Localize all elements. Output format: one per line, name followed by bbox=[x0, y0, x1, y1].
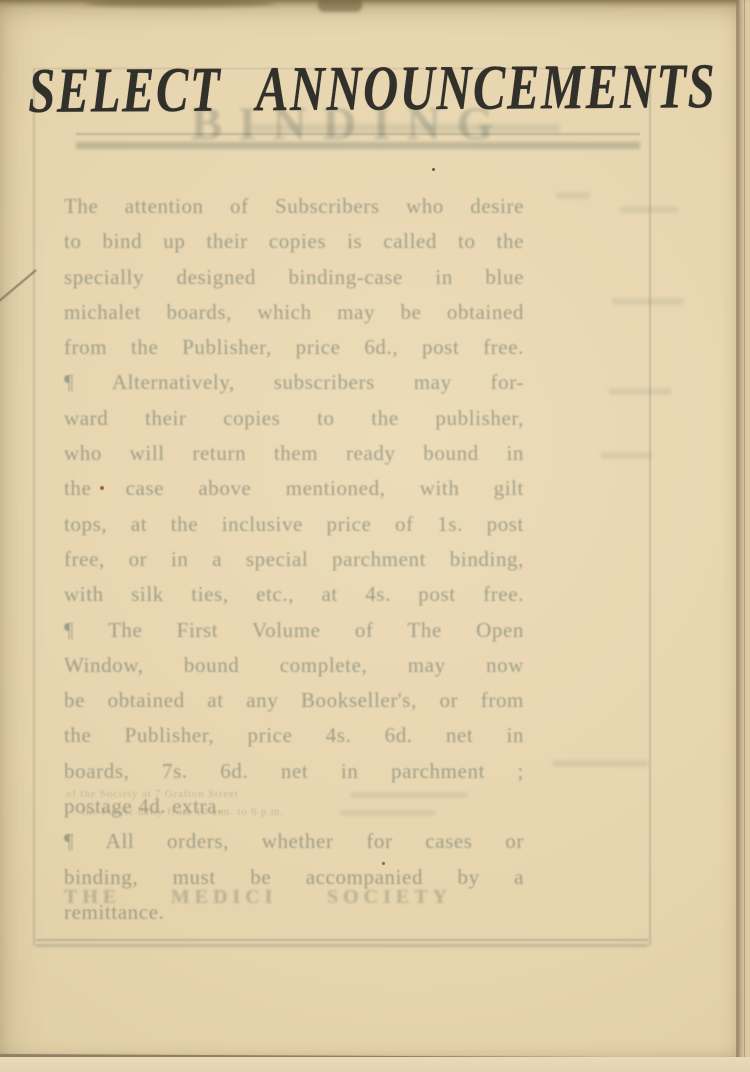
crease-mark bbox=[0, 269, 37, 303]
showthrough-line: ward their copies to the publisher, bbox=[64, 401, 524, 436]
top-edge-stain bbox=[318, 0, 362, 12]
margin-smudge bbox=[612, 298, 684, 305]
ink-speck bbox=[432, 168, 435, 171]
showthrough-ad-text: The attention of Subscribers who desire … bbox=[64, 189, 524, 930]
page-heading: SELECT ANNOUNCEMENTS bbox=[28, 52, 652, 127]
showthrough-line: from the Publisher, price 6d., post free… bbox=[64, 330, 524, 365]
publisher-imprint: THE MEDICI SOCIETY bbox=[64, 886, 452, 909]
showthrough-subtitle-smudge bbox=[250, 124, 560, 132]
showthrough-frame-bottom-rule bbox=[36, 939, 648, 941]
margin-smudge bbox=[608, 388, 672, 395]
showthrough-line: the Publisher, price 4s. 6d. net in bbox=[64, 718, 524, 753]
showthrough-line: the case above mentioned, with gilt bbox=[64, 471, 524, 506]
page-heading-title: SELECT ANNOUNCEMENTS bbox=[28, 52, 652, 127]
margin-smudge bbox=[600, 452, 652, 459]
margin-smudge bbox=[552, 760, 648, 767]
showthrough-line: The attention of Subscribers who desire bbox=[64, 189, 524, 224]
showthrough-line: ¶ All orders, whether for cases or bbox=[64, 824, 524, 859]
top-edge-stain bbox=[85, 0, 275, 7]
showthrough-line: ¶ The First Volume of The Open bbox=[64, 613, 524, 648]
showthrough-line: michalet boards, which may be obtained bbox=[64, 295, 524, 330]
showthrough-line: to bind up their copies is called to the bbox=[64, 224, 524, 259]
margin-smudge bbox=[556, 192, 590, 199]
showthrough-line: Window, bound complete, may now bbox=[64, 648, 524, 683]
showthrough-line: boards, 7s. 6d. net in parchment ; bbox=[64, 754, 524, 789]
underlying-page-edge-line bbox=[744, 0, 745, 1072]
showthrough-headline-rule bbox=[76, 133, 640, 135]
showthrough-line: be obtained at any Bookseller's, or from bbox=[64, 683, 524, 718]
margin-smudge bbox=[350, 792, 468, 798]
underlying-page-bottom bbox=[0, 1057, 750, 1072]
ink-speck bbox=[382, 862, 385, 865]
margin-smudge bbox=[340, 810, 436, 816]
showthrough-frame-bottom-rule-2 bbox=[36, 944, 648, 947]
document-page: BINDING The attention of Subscribers who… bbox=[0, 0, 750, 1072]
showthrough-line: tops, at the inclusive price of 1s. post bbox=[64, 507, 524, 542]
ink-speck bbox=[100, 486, 104, 490]
showthrough-line: who will return them ready bound in bbox=[64, 436, 524, 471]
showthrough-line: free, or in a special parchment binding, bbox=[64, 542, 524, 577]
showthrough-line: ¶ Alternatively, subscribers may for- bbox=[64, 365, 524, 400]
showthrough-headline-rule-smudge bbox=[76, 142, 640, 149]
showthrough-line: specially designed binding-case in blue bbox=[64, 260, 524, 295]
deep-showthrough-line: of the Society at 7 Grafton Street bbox=[66, 788, 239, 800]
showthrough-line: with silk ties, etc., at 4s. post free. bbox=[64, 577, 524, 612]
deep-showthrough-line: the Public daily from 10 a.m. to 6 p.m. bbox=[82, 806, 284, 818]
margin-smudge bbox=[620, 206, 678, 213]
paper-sheet: BINDING The attention of Subscribers who… bbox=[0, 0, 740, 1058]
